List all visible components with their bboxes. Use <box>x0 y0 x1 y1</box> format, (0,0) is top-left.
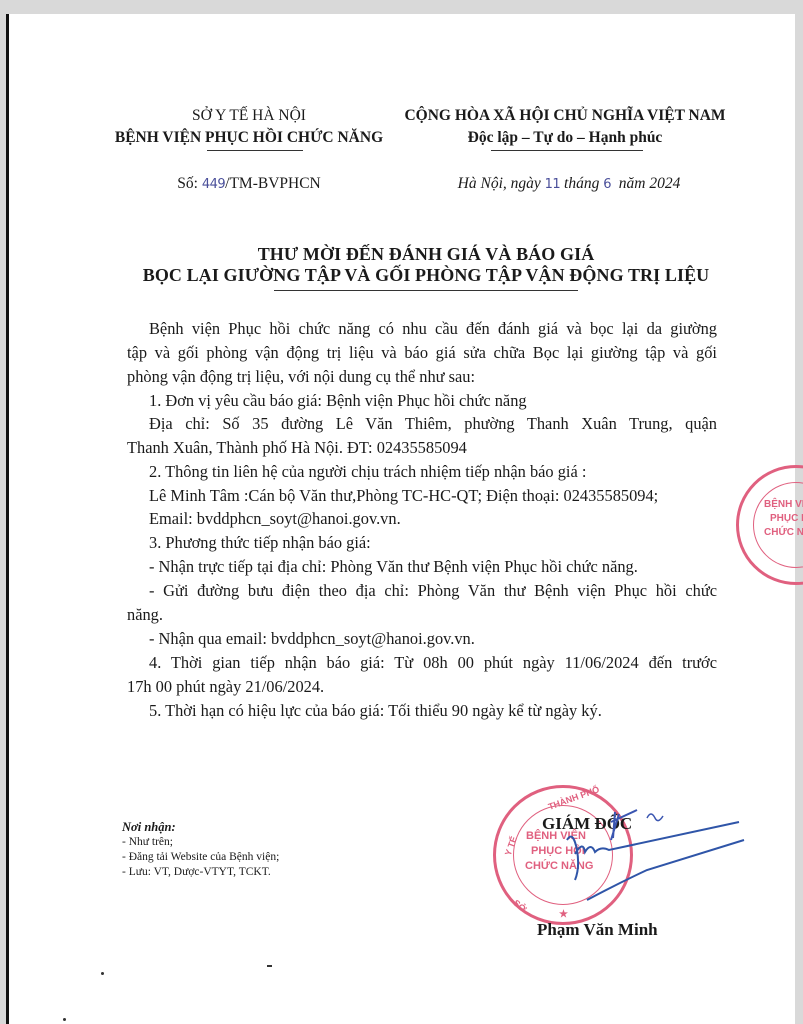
document-date: Hà Nội, ngày 11 tháng 6 năm 2024 <box>458 175 681 193</box>
item2-email: Email: bvddphcn_soyt@hanoi.gov.vn. <box>149 509 401 529</box>
item4-line1: 4. Thời gian tiếp nhận báo giá: Từ 08h 0… <box>149 653 717 673</box>
scan-speck <box>63 1018 66 1021</box>
doc-number-handwritten: 449 <box>202 177 225 192</box>
signer-name: Phạm Văn Minh <box>537 920 658 940</box>
scan-speck <box>267 965 272 967</box>
doc-number-suffix: /TM-BVPHCN <box>225 175 321 192</box>
item3-email: - Nhận qua email: bvddphcn_soyt@hanoi.go… <box>149 629 475 649</box>
motto-underline <box>491 150 643 151</box>
title-underline <box>274 290 578 291</box>
national-title: CỘNG HÒA XÃ HỘI CHỦ NGHĨA VIỆT NAM <box>404 107 725 125</box>
edge-stamp: BỆNH VIỆN PHỤC HỒI CHỨC NĂNG <box>736 465 803 585</box>
national-motto: Độc lập – Tự do – Hạnh phúc <box>468 129 663 147</box>
letter-title-line2: BỌC LẠI GIƯỜNG TẬP VÀ GỐI PHÒNG TẬP VẬN … <box>143 265 710 286</box>
document-number: Số: 449/TM-BVPHCN <box>177 175 321 193</box>
scan-speck <box>101 972 104 975</box>
item5-validity: 5. Thời hạn có hiệu lực của báo giá: Tối… <box>149 701 602 721</box>
hospital-name: BỆNH VIỆN PHỤC HỒI CHỨC NĂNG <box>115 129 383 147</box>
intro-line-1: Bệnh viện Phục hồi chức năng có nhu cầu … <box>149 319 717 339</box>
recipient-item: - Lưu: VT, Dược-VTYT, TCKT. <box>122 865 279 880</box>
date-day: 11 <box>545 177 561 192</box>
item4-line2: 17h 00 phút ngày 21/06/2024. <box>127 677 324 697</box>
recipient-item: - Đăng tải Website của Bệnh viện; <box>122 850 279 865</box>
item1-address-line1: Địa chỉ: Số 35 đường Lê Văn Thiêm, phườn… <box>149 414 717 434</box>
date-month-label: tháng <box>560 175 603 192</box>
item3-post-line2: năng. <box>127 605 163 625</box>
date-place: Hà Nội, ngày <box>458 175 545 192</box>
recipients-heading: Nơi nhận: <box>122 820 279 835</box>
item1-address-line2: Thanh Xuân, Thành phố Hà Nội. ĐT: 024355… <box>127 438 467 458</box>
hospital-name-underline <box>207 150 303 151</box>
date-year: năm 2024 <box>611 175 680 192</box>
document-page: SỞ Y TẾ HÀ NỘI BỆNH VIỆN PHỤC HỒI CHỨC N… <box>6 14 795 1024</box>
department-name: SỞ Y TẾ HÀ NỘI <box>192 107 306 125</box>
letter-title-line1: THƯ MỜI ĐẾN ĐÁNH GIÁ VÀ BÁO GIÁ <box>258 244 595 265</box>
intro-line-2: tập và gối phòng vận động trị liệu và bá… <box>127 343 717 363</box>
item1-requester: 1. Đơn vị yêu cầu báo giá: Bệnh viện Phụ… <box>149 391 527 411</box>
item3-post-line1: - Gửi đường bưu điện theo địa chỉ: Phòng… <box>149 581 717 601</box>
item3-direct: - Nhận trực tiếp tại địa chỉ: Phòng Văn … <box>149 557 638 577</box>
item2-contact-person: Lê Minh Tâm :Cán bộ Văn thư,Phòng TC-HC-… <box>149 486 658 506</box>
recipient-item: - Như trên; <box>122 835 279 850</box>
item3-methods-heading: 3. Phương thức tiếp nhận báo giá: <box>149 533 371 553</box>
recipients-block: Nơi nhận: - Như trên; - Đăng tải Website… <box>122 820 279 880</box>
doc-number-prefix: Số: <box>177 175 202 192</box>
signature-scribble <box>549 792 749 912</box>
intro-line-3: phòng vận động trị liệu, với nội dung cụ… <box>127 367 475 387</box>
item2-contact-heading: 2. Thông tin liên hệ của người chịu trác… <box>149 462 586 482</box>
